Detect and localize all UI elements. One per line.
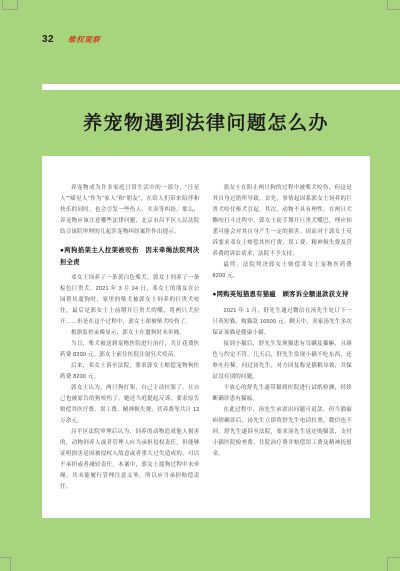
paragraph: 接到小猫后，舒先生发现猫患有耳螨及猫癣，且颜色与约定不符。几天后，舒先生发现小猫… <box>213 339 353 383</box>
paragraph: 昌平区法院审理后认为，饲养的动物造成他人损害的，动物饲养人或者管理人应当承担侵权… <box>60 427 200 493</box>
paragraph: 后来，邓女士诉至法院，要求郭女士赔偿宠物狗医药费 8200 元。 <box>60 361 200 383</box>
paragraph: 根据监控录像显示，郭女士在遛狗时未牵绳。 <box>60 328 200 339</box>
page-sheet: 养宠物成为许多家庭日常生活中的一部分，“汪星人”“喵星人”作为“家人”和“朋友”… <box>42 156 370 518</box>
article-title: 养宠物遇到法律问题怎么办 <box>42 108 370 135</box>
section-1-heading: ●两狗掐架主人拉架被咬伤 因未牵绳法院判决担全责 <box>60 245 200 268</box>
page-header: 32 维权观察 <box>42 34 101 45</box>
intro-paragraph: 养宠物成为许多家庭日常生活中的一部分，“汪星人”“喵星人”作为“家人”和“朋友”… <box>60 183 200 238</box>
header-rule <box>42 84 400 90</box>
corner-mark-bottom-right <box>387 557 400 571</box>
section-2-heading: ●网购英短猫患有猫瘟 顾客诉全额退款获支持 <box>213 289 353 301</box>
paragraph: 在此过程中，汤先生承诺出问题可退款。但当猫瘟病情确诊后，汤先生立即将舒先生电话拉… <box>213 405 353 460</box>
paragraph: 郭女士在阻止两只狗的过程中被柴犬咬伤，但这是其自身过错所导致。首先，事情起因系郭… <box>213 183 353 260</box>
magazine-page: 32 维权观察 养宠物遇到法律问题怎么办 养宠物成为许多家庭日常生活中的一部分，… <box>0 0 400 571</box>
corner-mark-top-right <box>387 0 400 10</box>
paragraph: 最终，法院判决郭女士赔偿邓女士宠物医药费 8200 元。 <box>213 260 353 282</box>
corner-mark-bottom-left <box>0 557 11 571</box>
masthead-logo: 维权观察 <box>68 34 102 45</box>
paragraph: 邓女士饲养了一条黄白色柴犬，郭女士饲养了一条棕色巨贵犬。2021 年 3 月 2… <box>60 273 200 328</box>
article-body: 养宠物成为许多家庭日常生活中的一部分，“汪星人”“喵星人”作为“家人”和“朋友”… <box>60 183 352 495</box>
paragraph: 当日，柴犬被送到宠物医院进行治疗，共计花费医药费 8200 元。郭女士前往医院注… <box>60 339 200 361</box>
paragraph: 郭女士认为，两只狗打架，自己主动拉架了，且自己也被原告的狗咬伤了。她还当庭提起反… <box>60 383 200 427</box>
paragraph: 不放心的舒先生遂带猫到医院进行试纸检测，经诊断确诊患有猫瘟。 <box>213 383 353 405</box>
paragraph: 2021 年 1 月，舒先生通过微信在汤先生处订下一只英短猫，购猫款 16500… <box>213 306 353 339</box>
corner-mark-top-left <box>2 0 18 10</box>
page-number: 32 <box>42 34 54 45</box>
